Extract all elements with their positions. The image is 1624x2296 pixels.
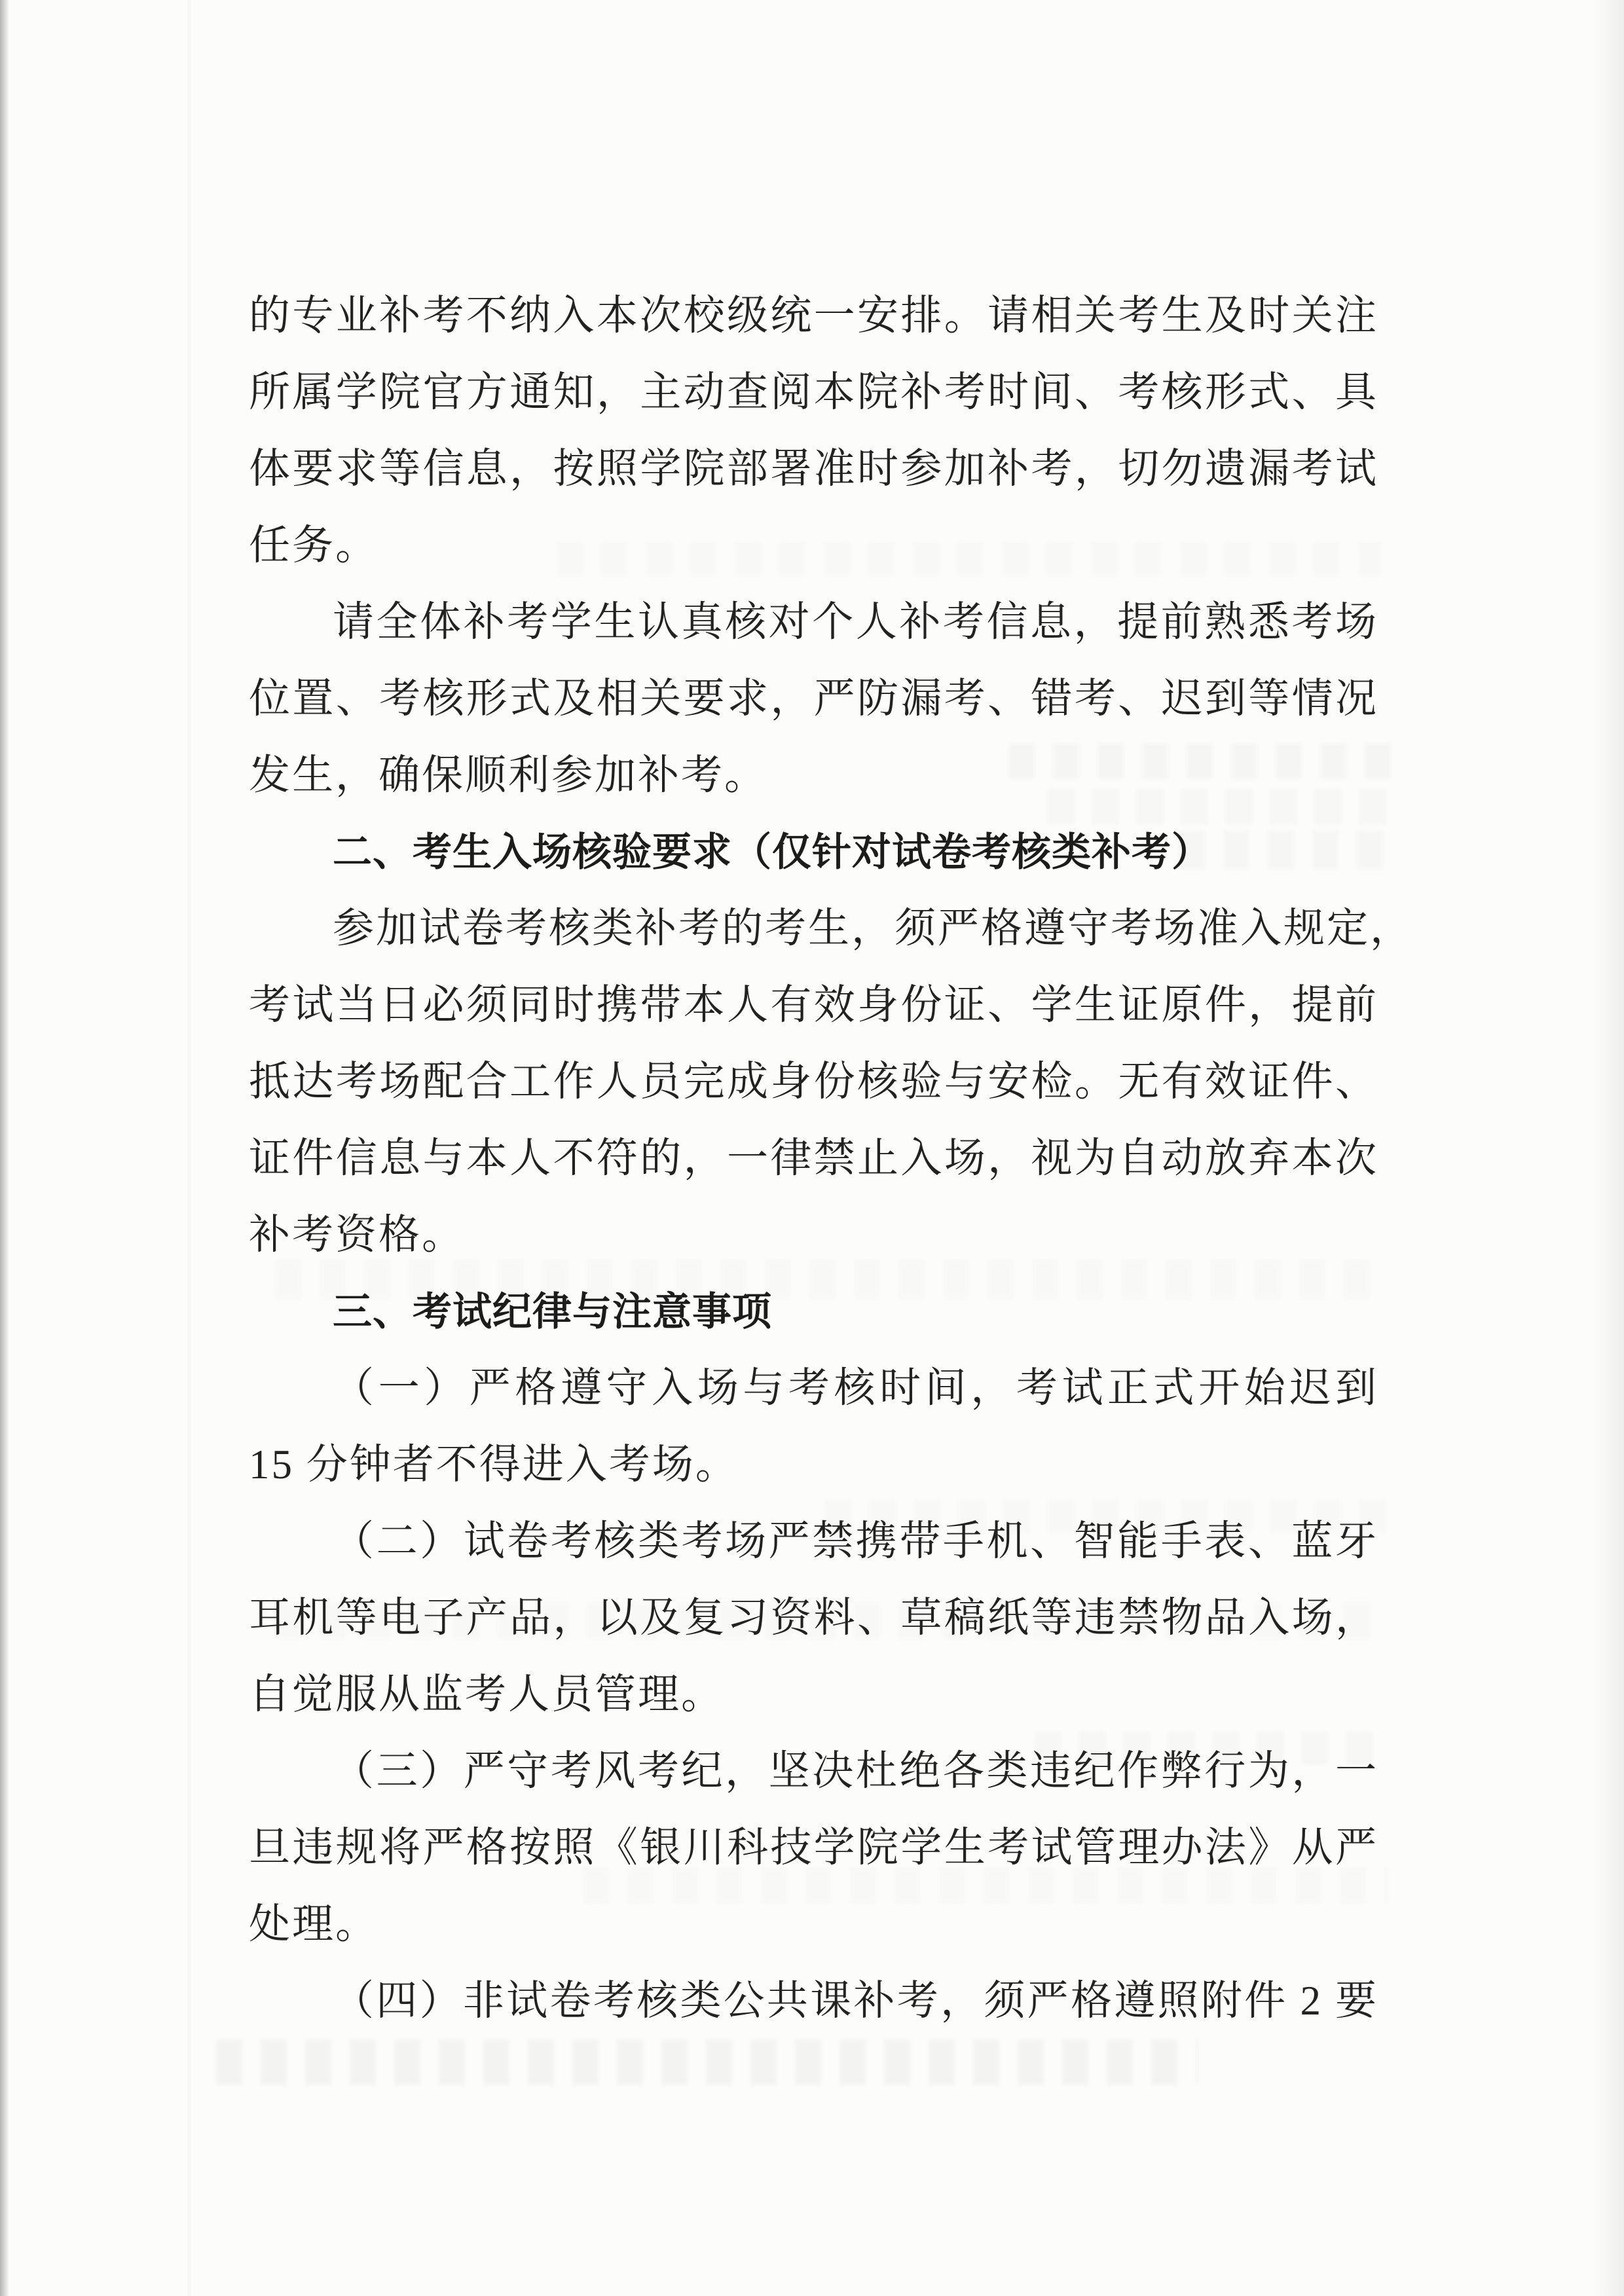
- text-line: 位置、考核形式及相关要求，严防漏考、错考、迟到等情况: [249, 661, 1378, 737]
- text-line: 耳机等电子产品，以及复习资料、草稿纸等违禁物品入场，: [249, 1580, 1378, 1656]
- scanner-edge-shadow-left: [0, 0, 9, 2296]
- text-line: 请全体补考学生认真核对个人补考信息，提前熟悉考场: [249, 584, 1378, 661]
- text-line: 任务。: [249, 507, 1378, 584]
- text-line: 参加试卷考核类补考的考生，须严格遵守考场准入规定，: [249, 890, 1378, 967]
- text-line: 自觉服从监考人员管理。: [249, 1656, 1378, 1733]
- scanned-document-page: 的专业补考不纳入本次校级统一安排。请相关考生及时关注所属学院官方通知，主动查阅本…: [0, 0, 1624, 2296]
- text-line: （四）非试卷考核类公共课补考，须严格遵照附件 2 要: [249, 1963, 1378, 2039]
- scan-fold-line: [187, 0, 191, 2296]
- text-line: 处理。: [249, 1886, 1378, 1963]
- text-line: （三）严守考风考纪，坚决杜绝各类违纪作弊行为，一: [249, 1733, 1378, 1810]
- text-line: 体要求等信息，按照学院部署准时参加补考，切勿遗漏考试: [249, 431, 1378, 507]
- document-text-block: 的专业补考不纳入本次校级统一安排。请相关考生及时关注所属学院官方通知，主动查阅本…: [249, 278, 1378, 2039]
- text-line: 二、考生入场核验要求（仅针对试卷考核类补考）: [249, 814, 1378, 890]
- text-line: 发生，确保顺利参加补考。: [249, 737, 1378, 814]
- text-line: 旦违规将严格按照《银川科技学院学生考试管理办法》从严: [249, 1810, 1378, 1886]
- text-line: （一）严格遵守入场与考核时间，考试正式开始迟到: [249, 1350, 1378, 1427]
- text-line: 的专业补考不纳入本次校级统一安排。请相关考生及时关注: [249, 278, 1378, 354]
- text-line: 证件信息与本人不符的，一律禁止入场，视为自动放弃本次: [249, 1120, 1378, 1197]
- text-line: 15 分钟者不得进入考场。: [249, 1427, 1378, 1503]
- text-line: 三、考试纪律与注意事项: [249, 1273, 1378, 1350]
- bleed-through-ghost: [216, 2039, 1198, 2085]
- text-line: 所属学院官方通知，主动查阅本院补考时间、考核形式、具: [249, 354, 1378, 431]
- text-line: 抵达考场配合工作人员完成身份核验与安检。无有效证件、: [249, 1044, 1378, 1120]
- text-line: 补考资格。: [249, 1197, 1378, 1273]
- scanner-edge-texture-right: [1593, 0, 1624, 2296]
- text-line: （二）试卷考核类考场严禁携带手机、智能手表、蓝牙: [249, 1503, 1378, 1580]
- text-line: 考试当日必须同时携带本人有效身份证、学生证原件，提前: [249, 967, 1378, 1044]
